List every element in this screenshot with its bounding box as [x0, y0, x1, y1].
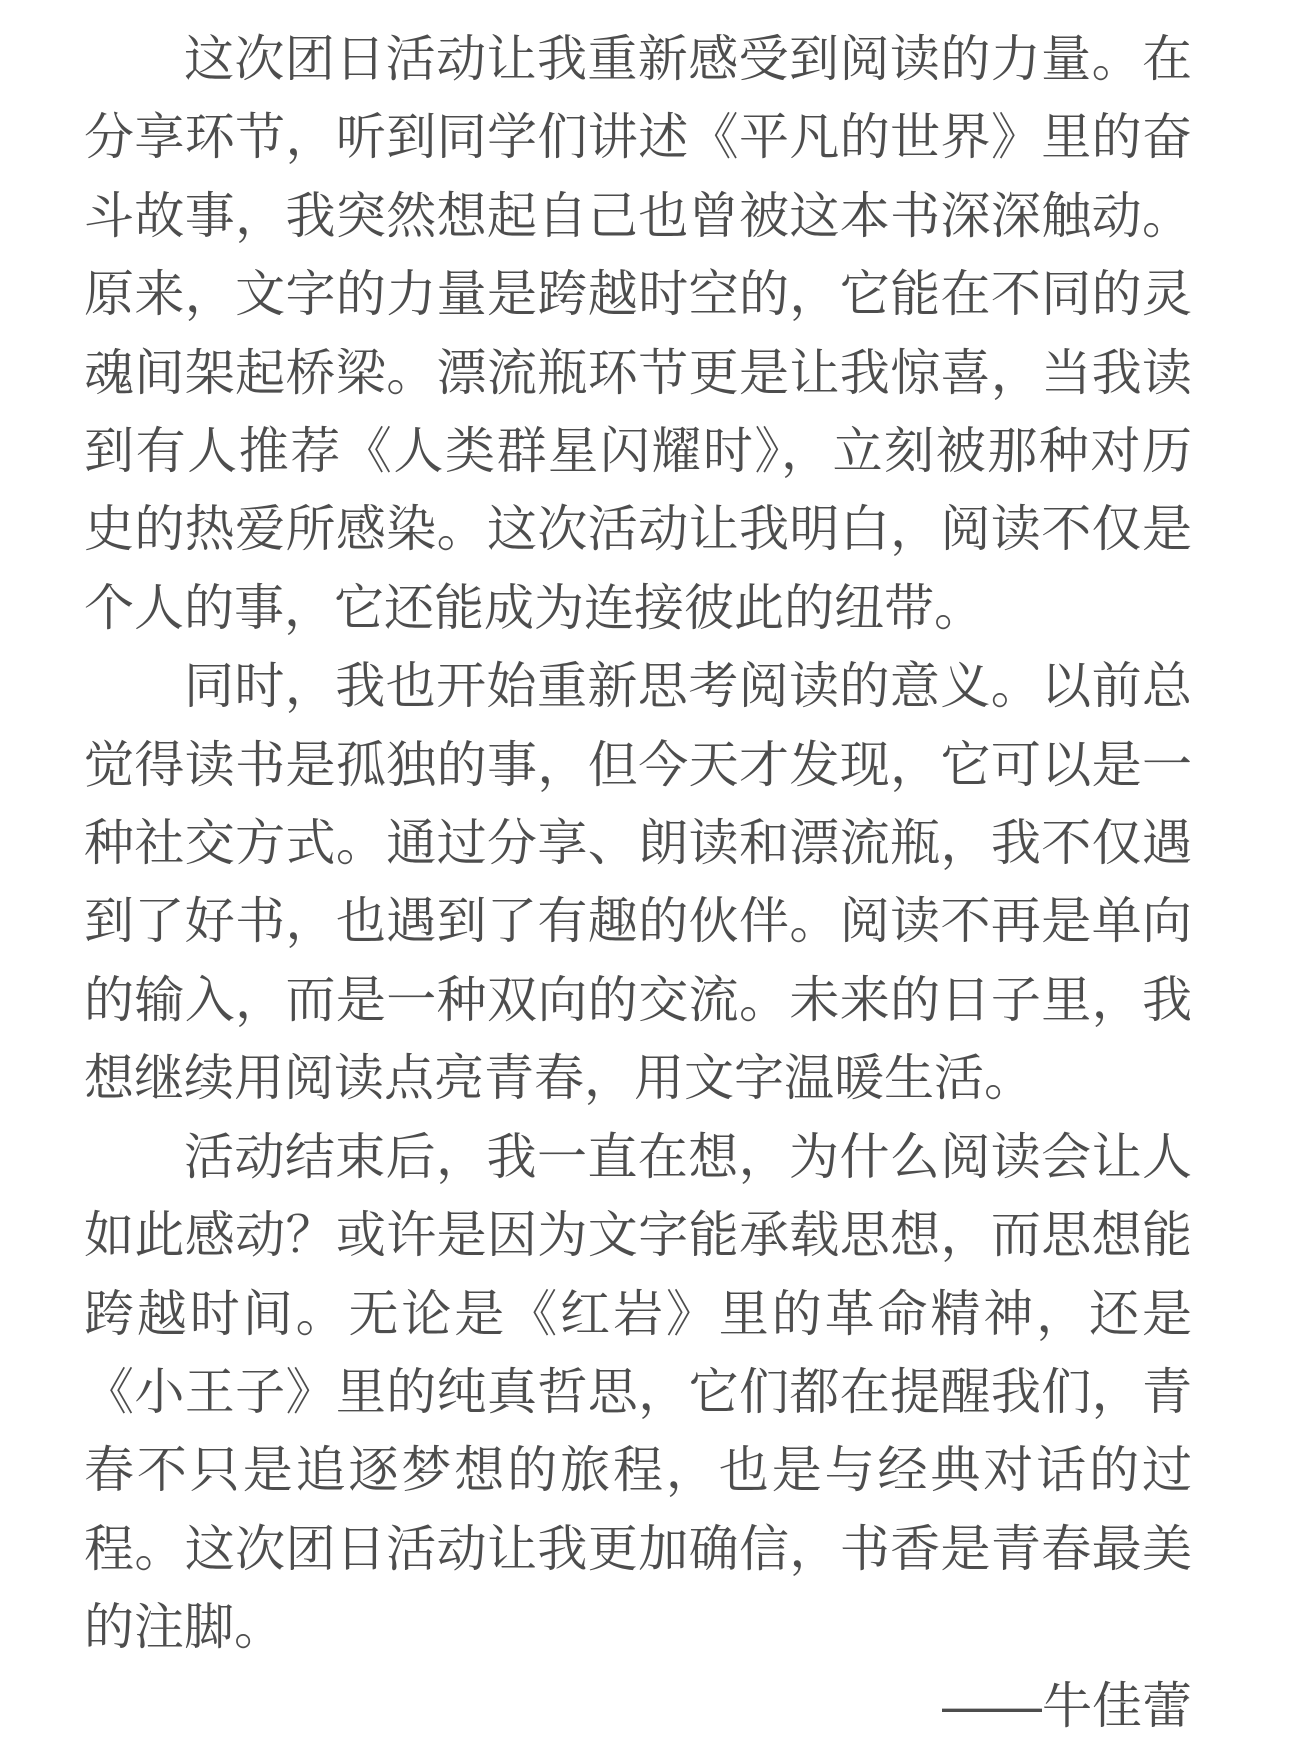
paragraph-2: 同时，我也开始重新思考阅读的意义。以前总觉得读书是孤独的事，但今天才发现，它可以…: [84, 647, 1192, 1117]
document-page: 这次团日活动让我重新感受到阅读的力量。在分享环节，听到同学们讲述《平凡的世界》里…: [0, 0, 1290, 1747]
paragraph-3: 活动结束后，我一直在想，为什么阅读会让人如此感动？或许是因为文字能承载思想，而思…: [84, 1118, 1192, 1667]
signature: ——牛佳蕾: [84, 1667, 1192, 1745]
paragraph-1: 这次团日活动让我重新感受到阅读的力量。在分享环节，听到同学们讲述《平凡的世界》里…: [84, 20, 1192, 647]
